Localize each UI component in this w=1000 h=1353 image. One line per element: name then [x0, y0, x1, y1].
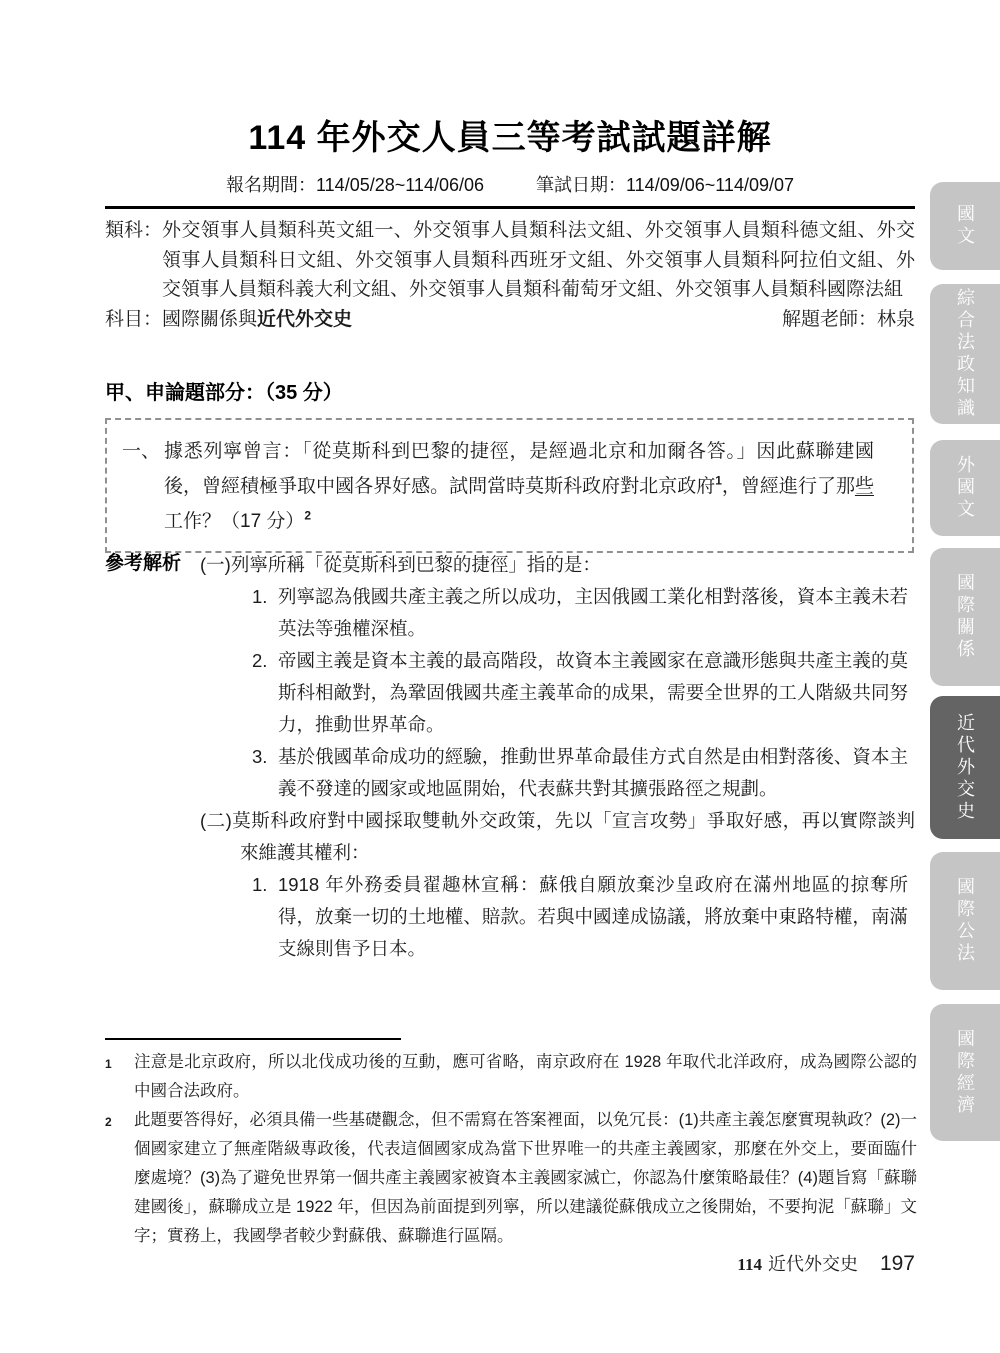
exam-meta: 類科： 外交領事人員類科英文組一、外交領事人員類科法文組、外交領事人員類科德文組… [105, 216, 915, 334]
category-label: 類科： [105, 216, 162, 305]
subject-label: 科目： [105, 305, 162, 335]
footnotes: 1 注意是北京政府，所以北伐成功後的互動，應可省略，南京政府在 1928 年取代… [105, 1038, 917, 1251]
page-number: 197 [880, 1252, 915, 1276]
tab-guoji-gongfa: 國際公法 [930, 852, 1000, 990]
footer-book-title: 近代外交史 [768, 1250, 858, 1276]
footnote-ref-2: 2 [304, 509, 311, 523]
item-number: 2. [252, 645, 278, 741]
question-text-underlined: 些 [855, 476, 874, 497]
analysis-label: 參考解析 [105, 549, 200, 965]
reference-analysis: 參考解析 (一)列寧所稱「從莫斯科到巴黎的捷徑」指的是： 1. 列寧認為俄國共產… [105, 549, 915, 965]
registration-period: 報名期間：114/05/28~114/06/06 [226, 171, 484, 197]
page-title: 114 年外交人員三等考試試題詳解 [105, 0, 915, 159]
subject-tab-sidebar: 國文 綜合法政知識 外國文 國際關係 近代外交史 國際公法 國際經濟 [930, 0, 1000, 1353]
tab-guowen: 國文 [930, 182, 1000, 270]
exam-solution-page: 114 年外交人員三等考試試題詳解 報名期間：114/05/28~114/06/… [0, 0, 1000, 1353]
footnote-divider [105, 1038, 401, 1040]
analysis-content: (一)列寧所稱「從莫斯科到巴黎的捷徑」指的是： 1. 列寧認為俄國共產主義之所以… [200, 549, 915, 965]
footnote-marker: 2 [105, 1106, 134, 1251]
question-text: 據悉列寧曾言：「從莫斯科到巴黎的捷徑，是經過北京和加爾各答。」因此蘇聯建國後，曾… [164, 434, 874, 539]
subject-highlight: 近代外交史 [257, 309, 352, 330]
page-footer: 114 近代外交史 197 [105, 1250, 915, 1276]
essay-section-heading: 甲、申論題部分：（35 分） [105, 376, 343, 405]
footnote-text: 注意是北京政府，所以北伐成功後的互動，應可省略，南京政府在 1928 年取代北洋… [134, 1048, 917, 1106]
tab-jindai-waijiaoshi-active: 近代外交史 [930, 696, 1000, 839]
footer-book-number: 114 [737, 1255, 762, 1275]
analysis-part1-item: 2. 帝國主義是資本主義的最高階段，故資本主義國家在意識形態與共產主義的莫斯科相… [252, 645, 915, 741]
analysis-part1-item: 1. 列寧認為俄國共產主義之所以成功，主因俄國工業化相對落後，資本主義未若英法等… [252, 581, 915, 645]
item-text: 列寧認為俄國共產主義之所以成功，主因俄國工業化相對落後，資本主義未若英法等強權深… [278, 581, 908, 645]
analysis-part1-item: 3. 基於俄國革命成功的經驗，推動世界革命最佳方式自然是由相對落後、資本主義不發… [252, 741, 915, 805]
footnote-1: 1 注意是北京政府，所以北伐成功後的互動，應可省略，南京政府在 1928 年取代… [105, 1048, 917, 1106]
tab-guoji-guanxi: 國際關係 [930, 548, 1000, 686]
exam-dates: 報名期間：114/05/28~114/06/06 筆試日期：114/09/06~… [105, 171, 915, 197]
analysis-part2-heading: (二)莫斯科政府對中國採取雙軌外交政策，先以「宣言攻勢」爭取好感，再以實際談判來… [200, 805, 915, 869]
item-number: 1. [252, 869, 278, 965]
item-text: 基於俄國革命成功的經驗，推動世界革命最佳方式自然是由相對落後、資本主義不發達的國… [278, 741, 908, 805]
category-value: 外交領事人員類科英文組一、外交領事人員類科法文組、外交領事人員類科德文組、外交領… [162, 216, 915, 305]
question-text-part2: ，曾經進行了那 [722, 476, 855, 497]
page-header: 114 年外交人員三等考試試題詳解 報名期間：114/05/28~114/06/… [105, 0, 915, 209]
analysis-part2-item: 1. 1918 年外務委員翟趣林宣稱：蘇俄自願放棄沙皇政府在滿州地區的掠奪所得，… [252, 869, 915, 965]
item-text: 1918 年外務委員翟趣林宣稱：蘇俄自願放棄沙皇政府在滿州地區的掠奪所得，放棄一… [278, 869, 908, 965]
question-box: 一、 據悉列寧曾言：「從莫斯科到巴黎的捷徑，是經過北京和加爾各答。」因此蘇聯建國… [105, 418, 914, 553]
header-rule [105, 206, 915, 209]
tab-waiguowen: 外國文 [930, 440, 1000, 536]
tab-zonghe-fazheng-zhishi: 綜合法政知識 [930, 284, 1000, 424]
written-exam-date: 筆試日期：114/09/06~114/09/07 [536, 171, 794, 197]
footnote-2: 2 此題要答得好，必須具備一些基礎觀念，但不需寫在答案裡面，以免冗長：(1)共產… [105, 1106, 917, 1251]
question-number: 一、 [122, 434, 164, 539]
item-number: 1. [252, 581, 278, 645]
subject-row: 科目： 國際關係與近代外交史 [105, 305, 915, 335]
item-number: 3. [252, 741, 278, 805]
item-text: 帝國主義是資本主義的最高階段，故資本主義國家在意識形態與共產主義的莫斯科相敵對，… [278, 645, 908, 741]
question-text-part3: 工作？（17 分） [164, 511, 304, 532]
footnote-marker: 1 [105, 1048, 134, 1106]
subject-value: 國際關係與近代外交史 [162, 305, 915, 335]
footnote-ref-1: 1 [715, 474, 722, 488]
category-row: 類科： 外交領事人員類科英文組一、外交領事人員類科法文組、外交領事人員類科德文組… [105, 216, 915, 305]
footnote-text: 此題要答得好，必須具備一些基礎觀念，但不需寫在答案裡面，以免冗長：(1)共產主義… [134, 1106, 917, 1251]
analysis-part1-heading: (一)列寧所稱「從莫斯科到巴黎的捷徑」指的是： [200, 549, 915, 581]
subject-prefix: 國際關係與 [162, 309, 257, 330]
tab-guoji-jingji: 國際經濟 [930, 1004, 1000, 1141]
